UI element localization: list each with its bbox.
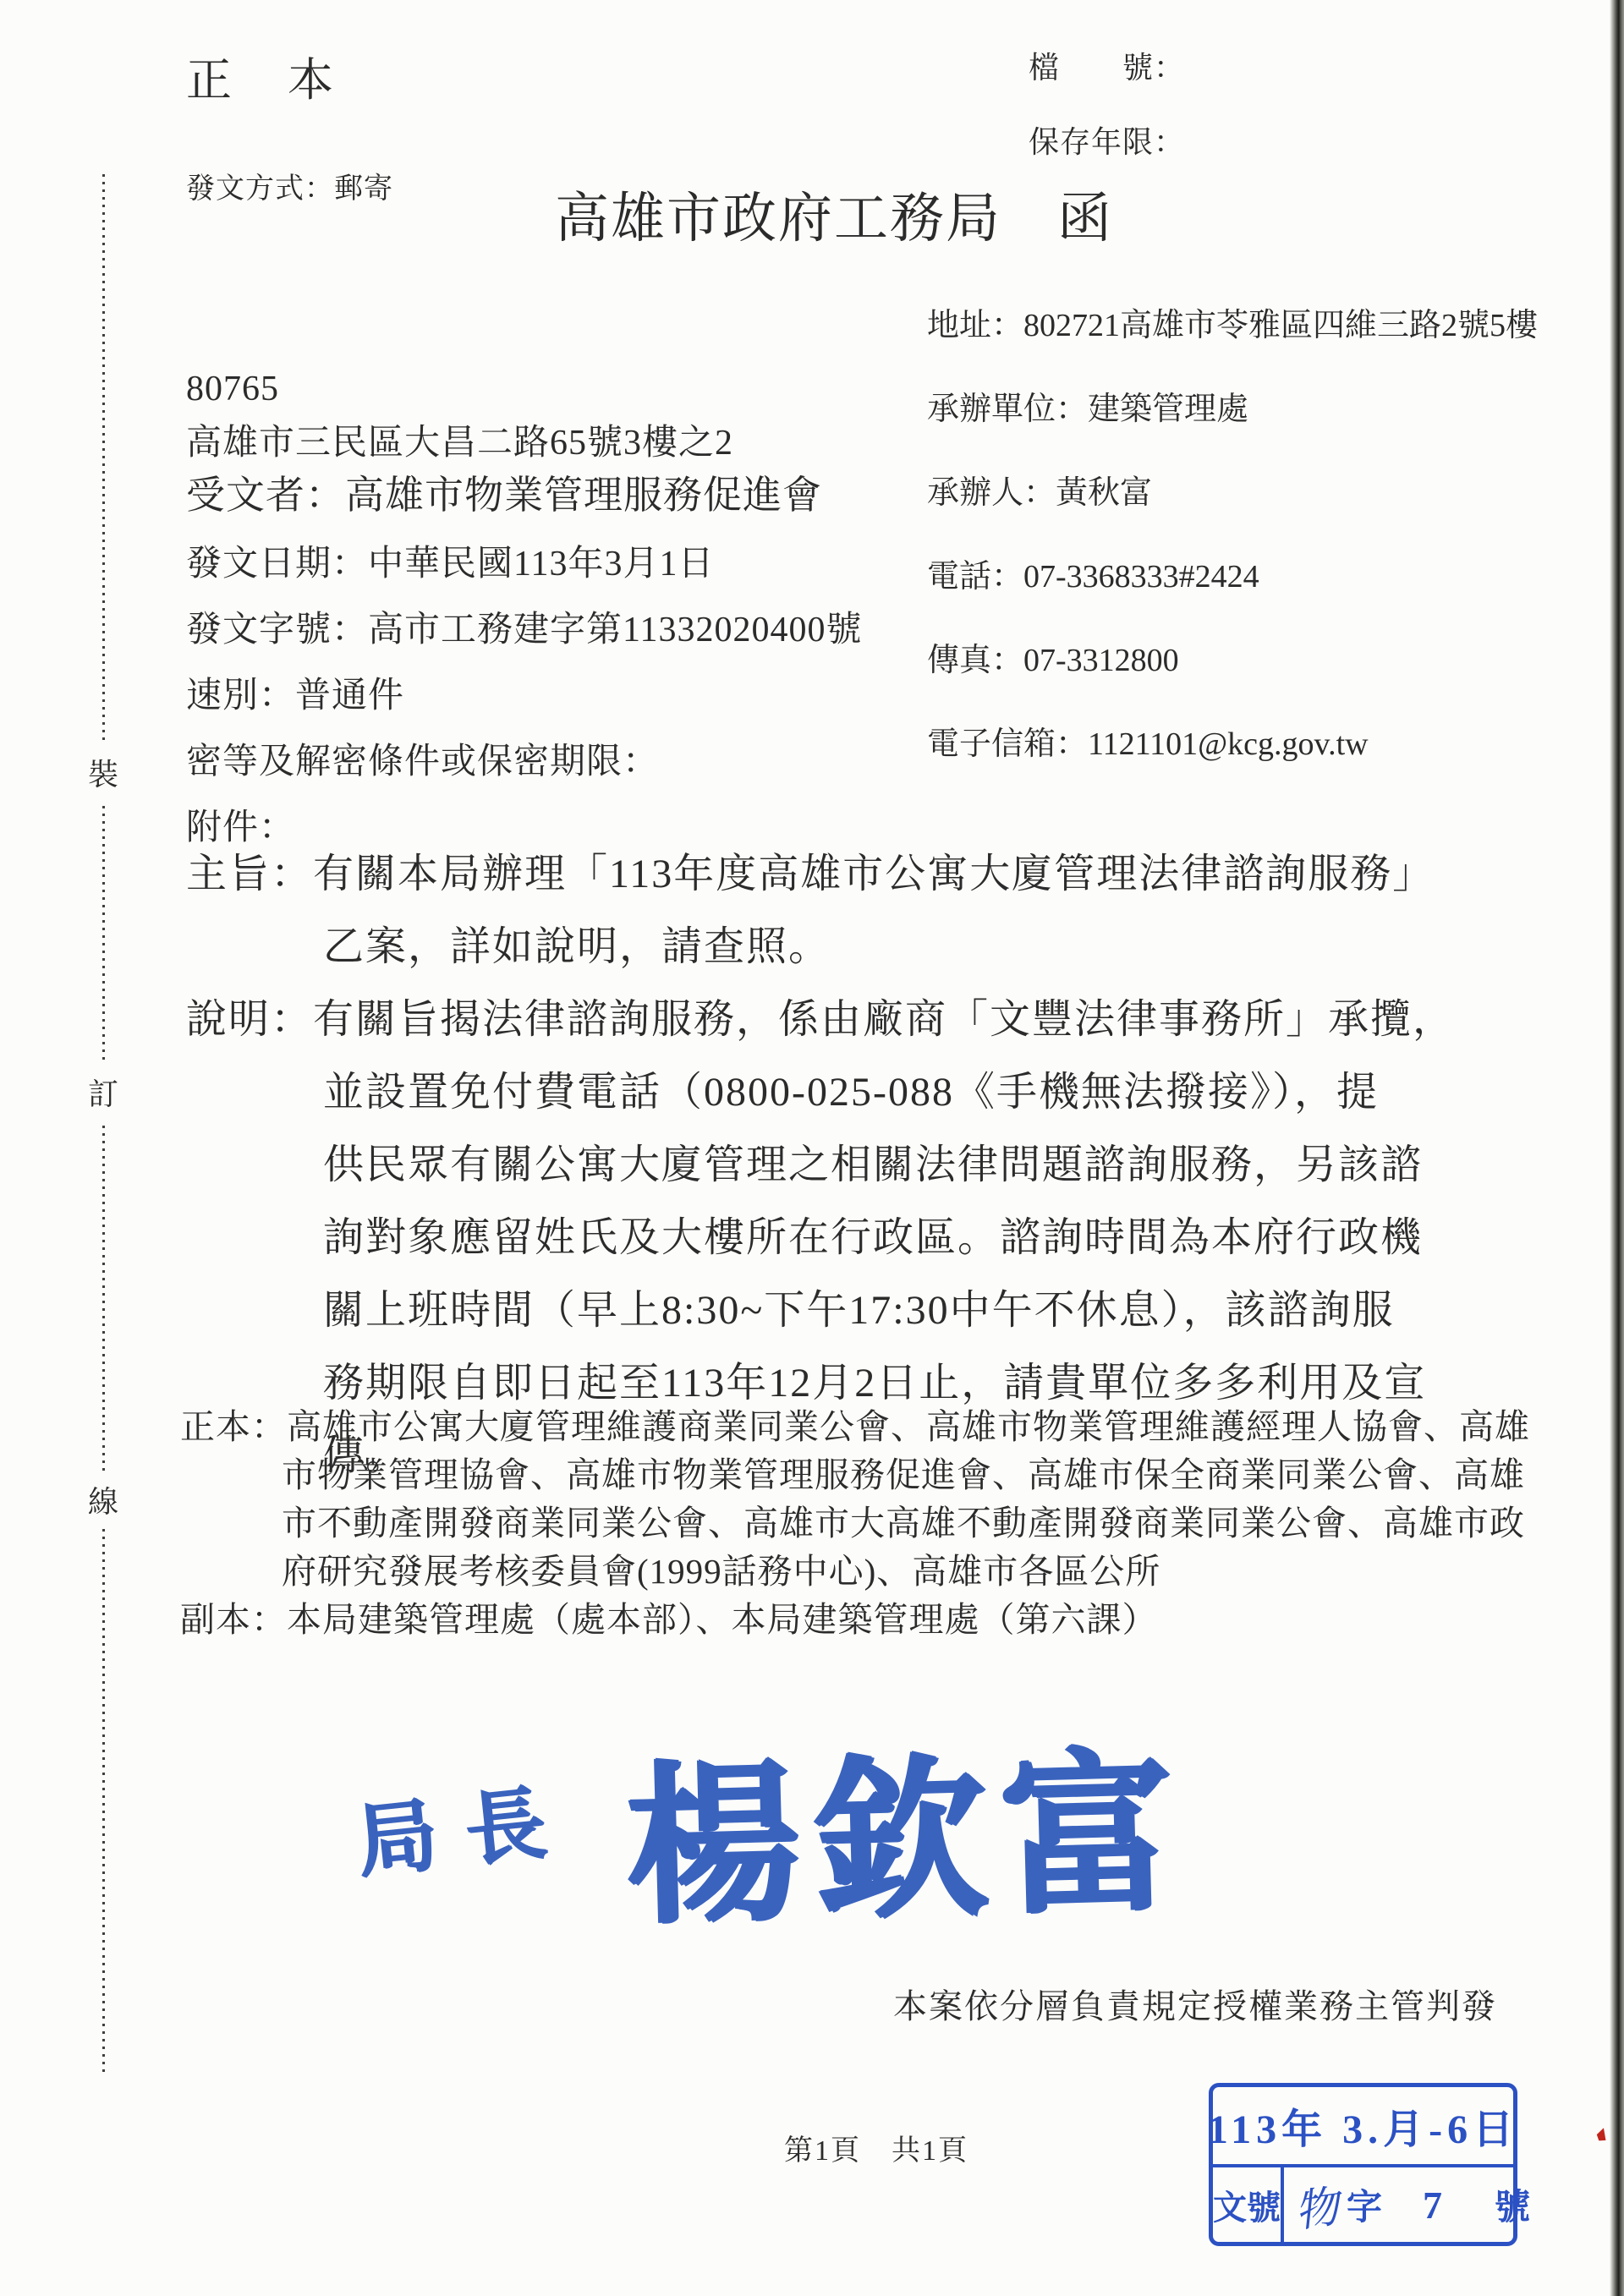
original-copy-line: 市不動產開發商業同業公會、高雄市大高雄不動產開發商業同業公會、高雄市政 <box>282 1504 1525 1543</box>
doc-number: 發文字號：高市工務建字第11332020400號 <box>186 597 862 663</box>
director-title-signature: 局長 <box>350 1756 579 1893</box>
explanation-line: 詢對象應留姓氏及大樓所在行政區。諮詢時間為本府行政機 <box>323 1214 1423 1261</box>
explanation-line: 並設置免付費電話（0800-025-088《手機無法撥接》），提 <box>323 1069 1379 1115</box>
explanation-line: 務期限自即日起至113年12月2日止，請貴單位多多利用及宣 <box>323 1360 1426 1406</box>
stamp-docno-handwritten: 物 <box>1290 2170 1342 2239</box>
stamp-docno-suffix: 字 <box>1347 2179 1382 2230</box>
binding-mark-zhuang: 裝 <box>84 744 123 801</box>
original-copy-line: 府研究發展考核委員會(1999話務中心)、高雄市各區公所 <box>282 1552 1160 1592</box>
file-number-label: 檔 號： <box>1029 51 1185 85</box>
stamp-docno-label: 文號 <box>1213 2167 1284 2242</box>
agency-email: 電子信箱：1121101@kcg.gov.tw <box>927 718 1538 771</box>
agency-contact-block: 地址：802721高雄市苓雅區四維三路2號5樓 承辦單位：建築管理處 承辦人：黃… <box>927 269 1538 802</box>
explanation-line: 關上班時間（早上8:30~下午17:30中午不休息），該諮詢服 <box>323 1287 1395 1334</box>
binding-mark-ding: 訂 <box>84 1064 123 1121</box>
subject-line-2: 乙案，詳如說明，請查照。 <box>323 923 831 970</box>
stamp-docno-row: 文號 物 字 7 號 <box>1213 2167 1513 2242</box>
recipient-postal-code: 80765 <box>186 369 279 409</box>
recipient-address: 高雄市三民區大昌二路65號3樓之2 <box>186 423 733 463</box>
received-date-stamp: 113年 3.月-6日 文號 物 字 7 號 <box>1209 2083 1517 2246</box>
stamp-docno-number: 7 <box>1423 2183 1442 2228</box>
binding-dotted-line <box>102 174 105 2075</box>
agency-fax: 傳真：07-3312800 <box>927 634 1538 688</box>
agency-phone: 電話：07-3368333#2424 <box>927 551 1538 604</box>
red-ink-mark <box>1595 2127 1609 2142</box>
authorization-note: 本案依分層負責規定授權業務主管判發 <box>893 1987 1497 2026</box>
original-copy-line: 正本：高雄市公寓大廈管理維護商業同業公會、高雄市物業管理維護經理人協會、高雄 <box>180 1407 1530 1447</box>
priority: 速別：普通件 <box>186 663 404 729</box>
stamp-date: 113年 3.月-6日 <box>1213 2087 1513 2167</box>
delivery-method: 發文方式：郵寄 <box>186 173 393 205</box>
document-title: 高雄市政府工務局 函 <box>555 188 1113 250</box>
carbon-copy-line: 副本：本局建築管理處（處本部）、本局建築管理處（第六課） <box>180 1600 1158 1640</box>
stamp-docno-value: 物 字 7 號 <box>1284 2167 1530 2242</box>
binding-mark-xian: 線 <box>84 1471 123 1528</box>
issue-date: 發文日期：中華民國113年3月1日 <box>186 531 714 597</box>
page-footer: 第1頁 共1頁 <box>784 2134 968 2167</box>
explanation-line: 供民眾有關公寓大廈管理之相關法律問題諮詢服務，另該諮 <box>323 1142 1423 1188</box>
security-level: 密等及解密條件或保密期限： <box>186 729 659 795</box>
original-copy-line: 市物業管理協會、高雄市物業管理服務促進會、高雄市保全商業同業公會、高雄 <box>282 1455 1525 1495</box>
scan-edge-line <box>1610 0 1624 2296</box>
subject-line-1: 主旨：有關本局辦理「113年度高雄市公寓大廈管理法律諮詢服務」 <box>186 851 1435 897</box>
director-name-signature: 楊欽富 <box>623 1692 1189 1956</box>
recipient-addressee: 受文者：高雄市物業管理服務促進會 <box>186 474 822 518</box>
retention-label: 保存年限： <box>1029 125 1185 160</box>
copy-type-label: 正 本 <box>186 54 338 107</box>
agency-handling-unit: 承辦單位：建築管理處 <box>927 383 1538 436</box>
scanned-official-letter: 正 本 發文方式：郵寄 檔 號： 保存年限： 高雄市政府工務局 函 地址：802… <box>0 0 1624 2296</box>
agency-handler: 承辦人：黃秋富 <box>927 467 1538 520</box>
agency-address: 地址：802721高雄市苓雅區四維三路2號5樓 <box>927 299 1538 353</box>
explanation-line: 說明：有關旨揭法律諮詢服務，係由廠商「文豐法律事務所」承攬， <box>186 996 1455 1043</box>
stamp-docno-unit: 號 <box>1495 2179 1530 2230</box>
